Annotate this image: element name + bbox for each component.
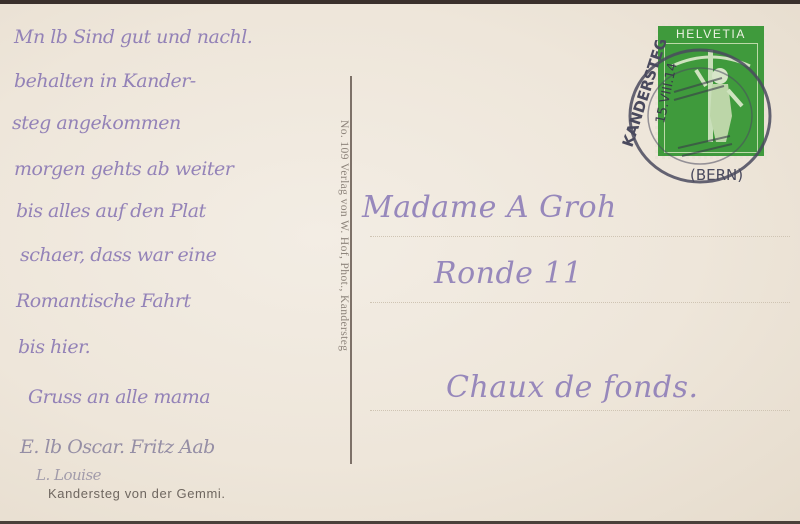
signature-secondary: L. Louise xyxy=(36,466,101,484)
message-line: bis hier. xyxy=(18,336,90,358)
postcard-back: Mn lb Sind gut und nachl. behalten in Ka… xyxy=(0,0,800,524)
message-line: Gruss an alle mama xyxy=(28,386,210,408)
publisher-imprint: No. 109 Verlag von W. Hof, Phot., Kander… xyxy=(330,120,350,460)
message-line: Romantische Fahrt xyxy=(16,290,191,312)
address-rule xyxy=(370,236,790,237)
message-line: behalten in Kander- xyxy=(14,70,196,92)
address-street: Ronde 11 xyxy=(434,256,583,291)
message-line: morgen gehts ab weiter xyxy=(14,158,233,180)
message-line: bis alles auf den Plat xyxy=(16,200,206,222)
photo-caption: Kandersteg von der Gemmi. xyxy=(48,486,226,501)
postmark-cancel-icon: KANDERSTEG (BERN) 15.VIII.14 xyxy=(612,40,772,186)
address-name: Madame A Groh xyxy=(362,190,617,225)
message-line: steg angekommen xyxy=(12,112,181,134)
signature: E. lb Oscar. Fritz Aab xyxy=(20,436,215,458)
address-rule xyxy=(370,302,790,303)
card-top-edge xyxy=(0,0,800,4)
address-rule xyxy=(370,410,790,411)
message-line: Mn lb Sind gut und nachl. xyxy=(14,26,252,48)
center-divider xyxy=(350,76,352,464)
postmark-region: (BERN) xyxy=(690,166,743,184)
address-city: Chaux de fonds. xyxy=(446,370,699,405)
message-line: schaer, dass war eine xyxy=(20,244,216,266)
